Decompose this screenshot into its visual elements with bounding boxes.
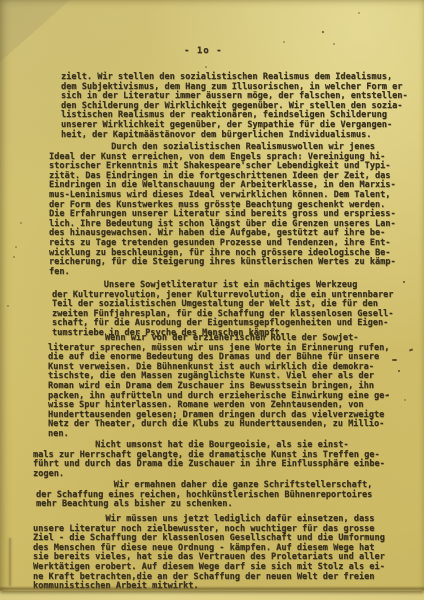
pen-dash-mark [392,359,397,361]
ink-speck [322,31,324,33]
ink-speck [398,370,400,372]
text-line: mehr Beachtung als bisher zu schenken. [36,500,372,510]
paragraph-3: Unsere Sowjetliteratur ist ein mächtiges… [52,281,393,339]
ink-speck [403,281,405,283]
paragraph-5: Nicht umsonst hat die Bourgeoisie, als s… [33,441,385,479]
ink-speck [333,43,335,45]
scanned-document-page: - 1o - zielt. Wir stellen den sozialisti… [0,0,424,600]
text-line: heit, der Kapitmäästänovor dem bürgerlic… [61,131,408,141]
pen-dash-mark [409,348,413,351]
paper-sheet: - 1o - zielt. Wir stellen den sozialisti… [0,0,424,591]
text-line: fen. [49,268,396,278]
text-line: Netz der Theater, durch die Klubs zu Hun… [48,420,389,430]
text-line: nen. [48,430,389,440]
ink-speck [404,399,406,401]
page-corner-fold [0,0,70,62]
text-line: zogen. [33,470,385,480]
pencil-dot [13,256,15,258]
paragraph-4: Wenn wir von der erzieherischen Rolle de… [48,334,389,440]
paragraph-2: Durch den sozialistischen Realismuswolle… [49,143,396,277]
paragraph-6: Wir ermahnen daher die ganze Schriftstel… [36,481,372,510]
ink-speck [205,66,207,68]
pencil-dot [15,246,17,248]
ink-speck [387,394,389,396]
text-line: führt und durch das Drama die Zuschauer … [33,460,385,470]
paper-bottom-edge-shadow [0,586,424,591]
paragraph-7: Wir müssen uns jetzt lediglich dafür ein… [33,515,385,592]
crease-mark [9,538,11,586]
pencil-dot [7,305,9,307]
pencil-dot [20,222,22,224]
paragraph-1: zielt. Wir stellen den sozialistischen R… [61,73,408,140]
text-line: reicherung, für die Steigerung ihres kün… [49,258,396,268]
ink-speck [283,41,285,43]
page-number: - 1o - [184,46,223,56]
ink-speck [358,12,360,14]
